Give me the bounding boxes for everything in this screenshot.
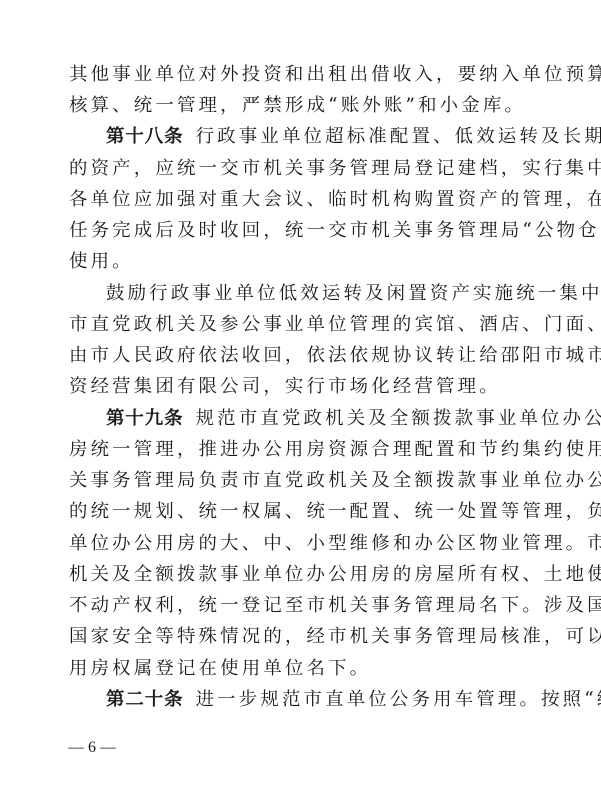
text-line: 房统一管理，推进办公用房资源合理配置和节约集约使用。市机: [69, 438, 533, 462]
text-line: 市直党政机关及参公事业单位管理的宾馆、酒店、门面、商铺，: [69, 313, 533, 337]
text-line: 鼓励行政事业单位低效运转及闲置资产实施统一集中管理。: [106, 282, 533, 306]
article-text: 规范市直党政机关及全额拨款事业单位办公用: [196, 408, 601, 429]
text-line: 由市人民政府依法收回，依法依规协议转让给邵阳市城市建设投: [69, 344, 533, 368]
article-heading: 第十八条: [106, 126, 184, 147]
text-line: 的统一规划、统一权属、统一配置、统一处置等管理，负责市直: [69, 500, 533, 524]
text-line: 国家安全等特殊情况的，经市机关事务管理局核准，可以将办公: [69, 625, 533, 649]
article-heading: 第二十条: [106, 689, 184, 710]
text-line: 用房权属登记在使用单位名下。: [69, 657, 533, 681]
article-heading: 第十九条: [106, 408, 184, 429]
text-line: 各单位应加强对重大会议、临时机构购置资产的管理，在其工作: [69, 188, 533, 212]
article-text: 进一步规范市直单位公务用车管理。按照“统一: [196, 689, 601, 710]
text-line: 的资产，应统一交市机关事务管理局登记建档，实行集中调配。: [69, 157, 533, 181]
text-line: 机关及全额拨款事业单位办公用房的房屋所有权、土地使用权等: [69, 563, 533, 587]
page-number: — 6 —: [68, 737, 116, 759]
text-line: 关事务管理局负责市直党政机关及全额拨款事业单位办公用房: [69, 469, 533, 493]
article-line: 第二十条进一步规范市直单位公务用车管理。按照“统一: [106, 688, 533, 712]
text-line: 使用。: [69, 250, 533, 274]
text-line: 任务完成后及时收回，统一交市机关事务管理局“公物仓”调剂: [69, 219, 533, 243]
article-line: 第十九条规范市直党政机关及全额拨款事业单位办公用: [106, 407, 533, 431]
text-line: 其他事业单位对外投资和出租出借收入，要纳入单位预算，统一: [69, 63, 533, 87]
text-line: 单位办公用房的大、中、小型维修和办公区物业管理。市直党政: [69, 532, 533, 556]
text-line: 核算、统一管理，严禁形成“账外账”和小金库。: [69, 94, 533, 118]
text-line: 不动产权利，统一登记至市机关事务管理局名下。涉及国家秘密、: [69, 594, 533, 618]
text-line: 资经营集团有限公司，实行市场化经营管理。: [69, 375, 533, 399]
article-text: 行政事业单位超标准配置、低效运转及长期闲置: [196, 126, 601, 147]
article-line: 第十八条行政事业单位超标准配置、低效运转及长期闲置: [106, 125, 533, 149]
document-page: 其他事业单位对外投资和出租出借收入，要纳入单位预算，统一 核算、统一管理，严禁形…: [0, 0, 601, 808]
